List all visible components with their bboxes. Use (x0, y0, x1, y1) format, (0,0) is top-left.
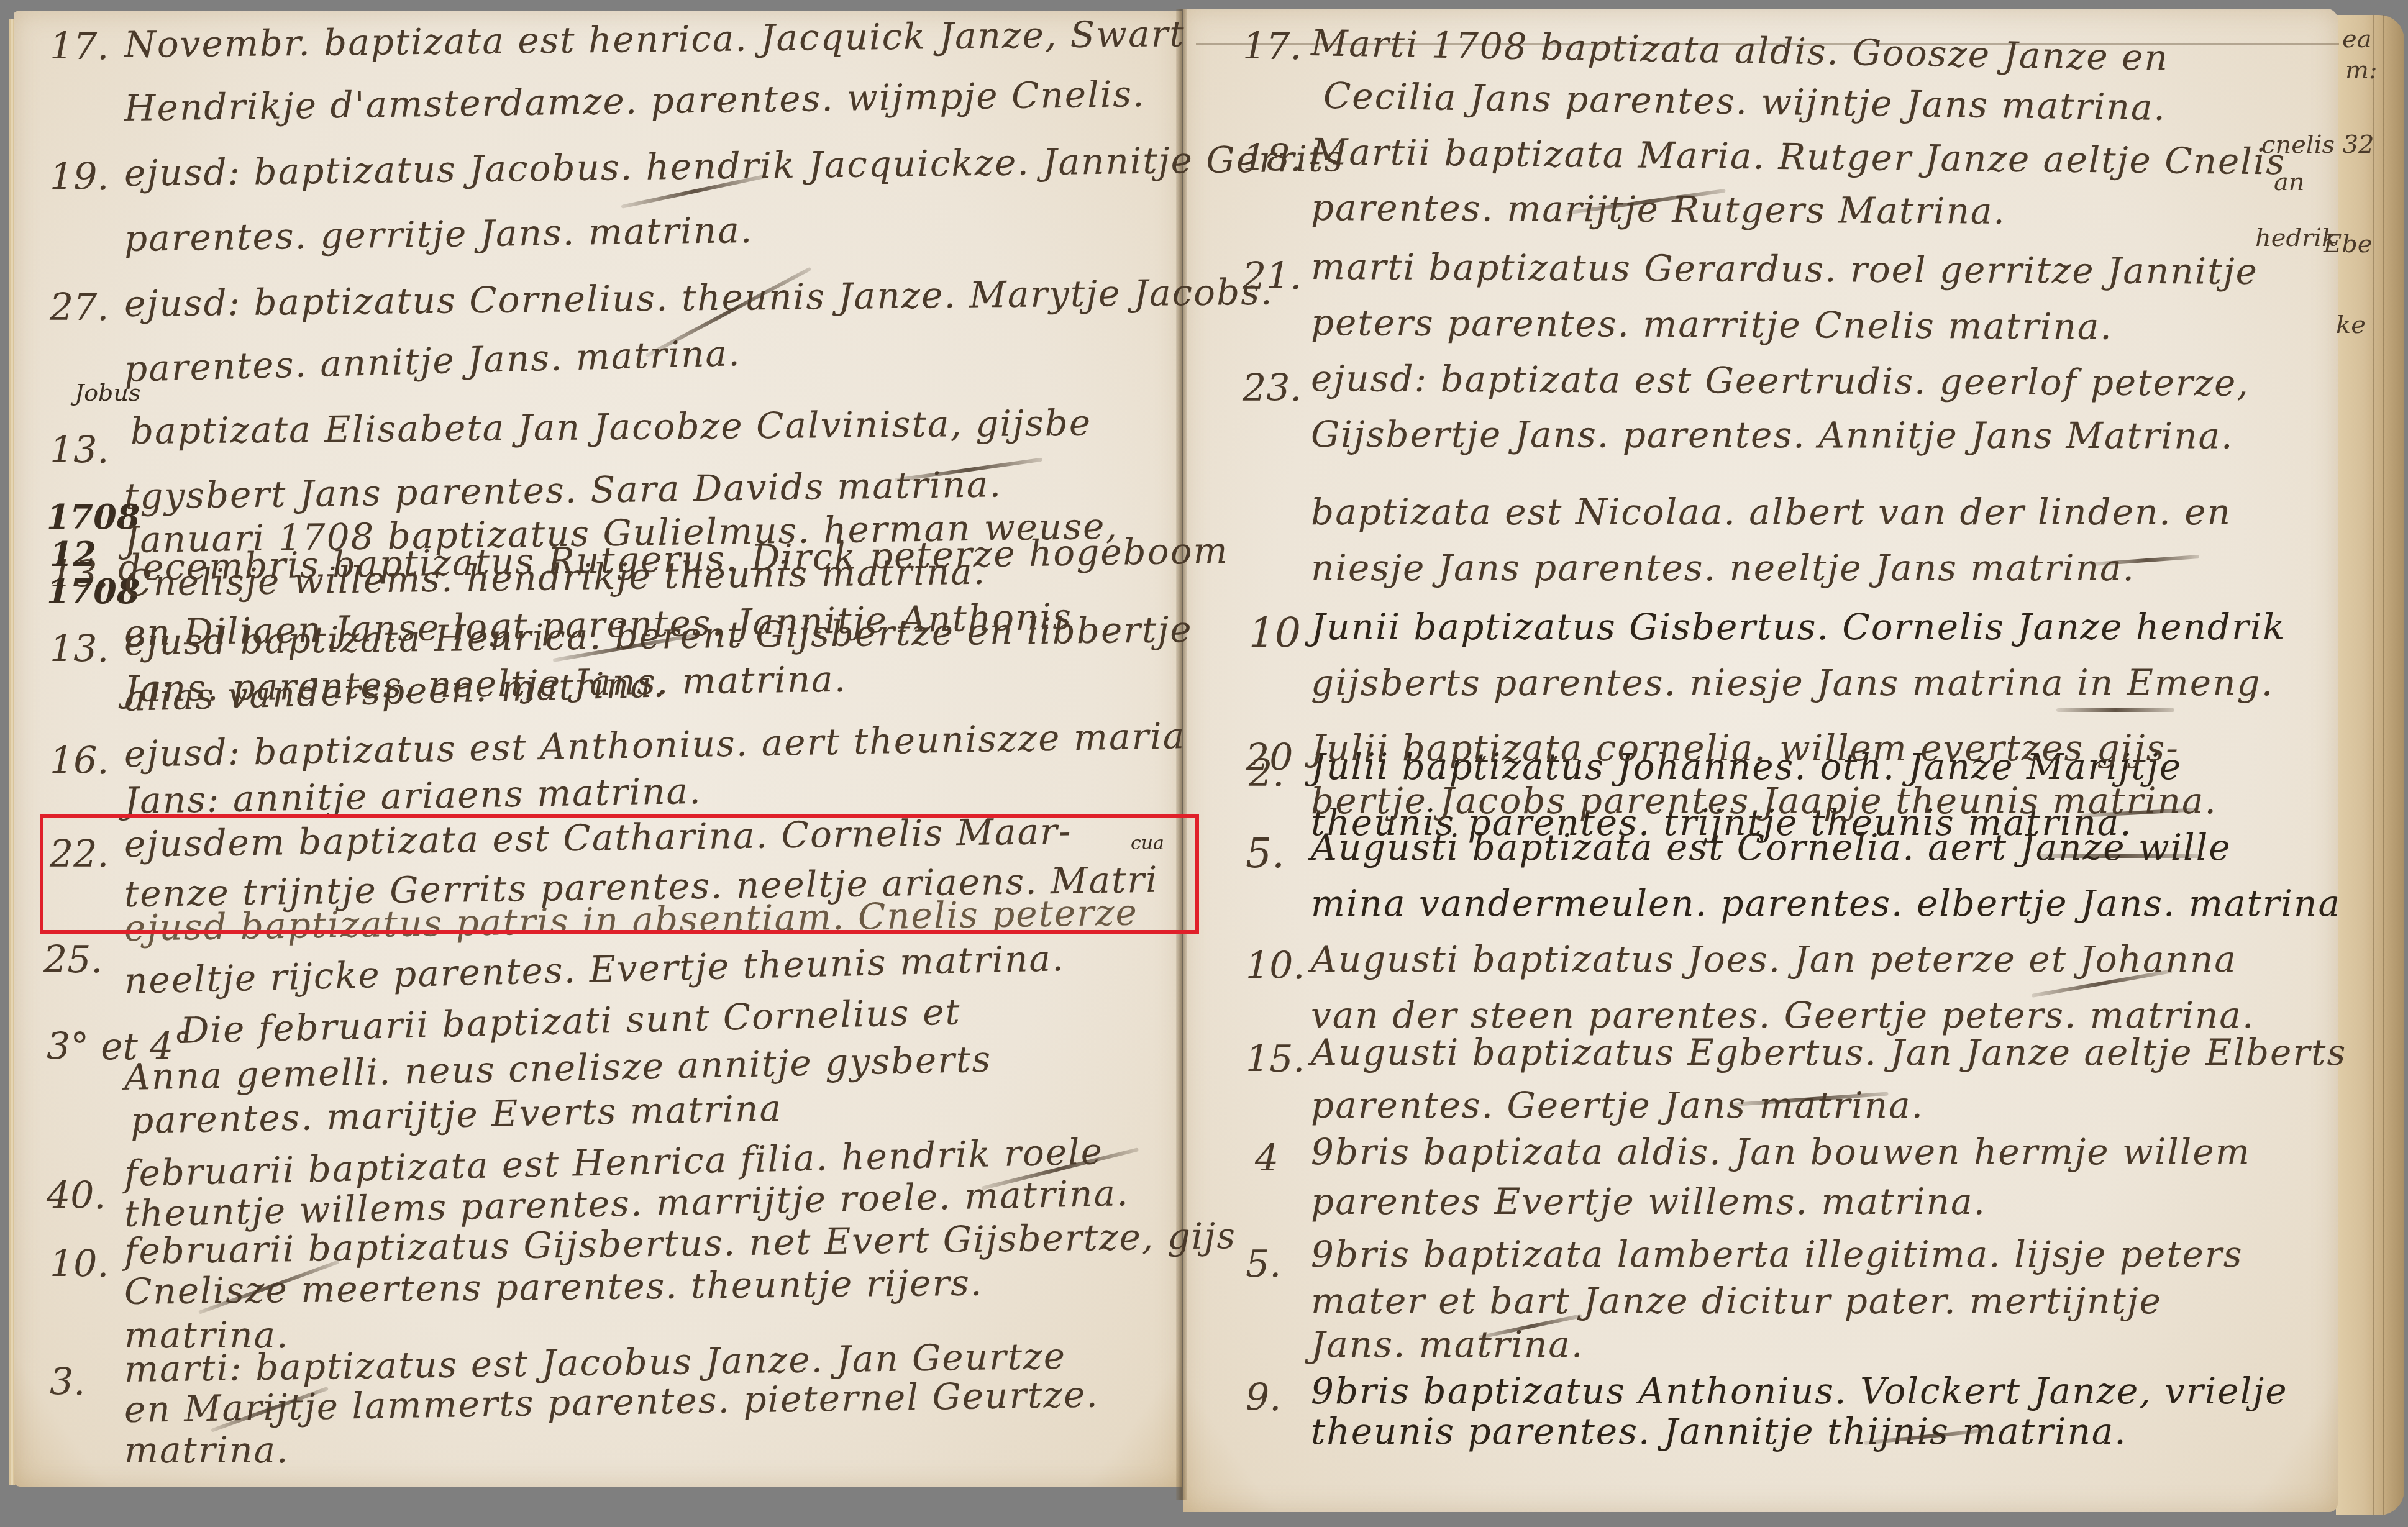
register-line: Augusti baptizata est Cornelia. aert Jan… (1311, 826, 2232, 868)
entry-number-20: 20 (1246, 736, 1293, 780)
entry-number: 17. (1243, 25, 1302, 68)
entry-number: 10 (1249, 609, 1301, 657)
entry-number: 5. (1246, 1242, 1281, 1286)
matrina-underline (2056, 708, 2174, 712)
edge-fragment: m: (2345, 56, 2377, 84)
register-line: theunis parentes. Jannitje thijnis matri… (1311, 1410, 2127, 1452)
entry-number: 10. (1246, 944, 1305, 988)
edge-fragment: cnelis 32 (2261, 130, 2374, 159)
entry-number: 23. (1243, 367, 1302, 410)
register-line: mina vandermeulen. parentes. elbertje Ja… (1311, 882, 2341, 924)
register-line: baptizata est Nicolaa. albert van der li… (1311, 491, 2232, 533)
entry-number: 25. (43, 938, 103, 982)
entry-number: 21. (1243, 255, 1302, 298)
register-line: Augusti baptizatus Joes. Jan peterze et … (1311, 938, 2237, 980)
entry-number: 5. (1246, 829, 1285, 877)
entry-number: 3. (50, 1361, 85, 1404)
register-line: peters parentes. marritje Cnelis matrina… (1311, 301, 2113, 348)
register-line: Augusti baptizatus Egbertus. Jan Janze a… (1311, 1031, 2346, 1073)
highlight-box-entry-22 (40, 814, 1199, 934)
margin-day: 12 (50, 534, 96, 574)
register-line: 9bris baptizata aldis. Jan bouwen hermje… (1311, 1131, 2251, 1173)
register-line: parentes. marijtje Rutgers Matrina. (1311, 186, 2006, 232)
register-line: ejusd: baptizata est Geertrudis. geerlof… (1311, 357, 2250, 404)
register-line: parentes. gerritje Jans. matrina. (124, 209, 754, 260)
register-line: marti baptizatus Gerardus. roel gerritze… (1311, 245, 2258, 293)
register-line: Julii baptizata cornelia. willem evertze… (1311, 727, 2179, 769)
interlinear-note: Jobus (75, 379, 140, 406)
entry-number: 18. (1243, 137, 1302, 180)
entry-number: 19. (50, 155, 109, 199)
entry-number: 13. (50, 429, 109, 472)
register-line: Jans. matrina. (1311, 1323, 1584, 1365)
entry-number: 13. (50, 627, 109, 671)
edge-fragment: ke (2336, 311, 2366, 339)
register-line: niesje Jans parentes. neeltje Jans matri… (1311, 547, 2135, 589)
entry-number: 4 (1255, 1137, 1279, 1180)
entry-number: 40. (47, 1174, 106, 1218)
register-line: baptizata Elisabeta Jan Jacobze Calvinis… (130, 402, 1092, 452)
register-line: Junii baptizatus Gisbertus. Cornelis Jan… (1311, 606, 2286, 648)
register-line: gijsberts parentes. niesje Jans matrina … (1311, 662, 2274, 704)
register-line: Gijsbertje Jans. parentes. Annitje Jans … (1311, 413, 2234, 457)
register-line: parentes. Geertje Jans matrina. (1311, 1084, 1924, 1126)
register-line: van der steen parentes. Geertje peters. … (1311, 994, 2255, 1036)
entry-number: 17. (50, 25, 109, 68)
register-line: parentes Evertje willems. matrina. (1311, 1180, 1986, 1223)
entry-number: 10. (50, 1242, 109, 1286)
entry-number: 15. (1246, 1037, 1305, 1081)
entry-number: 9. (1246, 1376, 1281, 1420)
register-line: mater et bart Janze dicitur pater. merti… (1311, 1280, 2162, 1322)
entry-number: 16. (50, 739, 109, 783)
entry-number: 27. (50, 286, 109, 329)
register-line: Cnelisze meertens parentes. theuntje rij… (124, 1262, 983, 1313)
register-line: 9bris baptizata lamberta illegitima. lij… (1311, 1233, 2243, 1275)
register-line: matrina. (124, 1429, 290, 1471)
edge-fragment: an (2274, 168, 2305, 196)
edge-fragment: ea (2342, 25, 2372, 53)
register-line: 9bris baptizatus Anthonius. Volckert Jan… (1311, 1370, 2288, 1412)
edge-fragment: Ebe (2324, 230, 2372, 258)
